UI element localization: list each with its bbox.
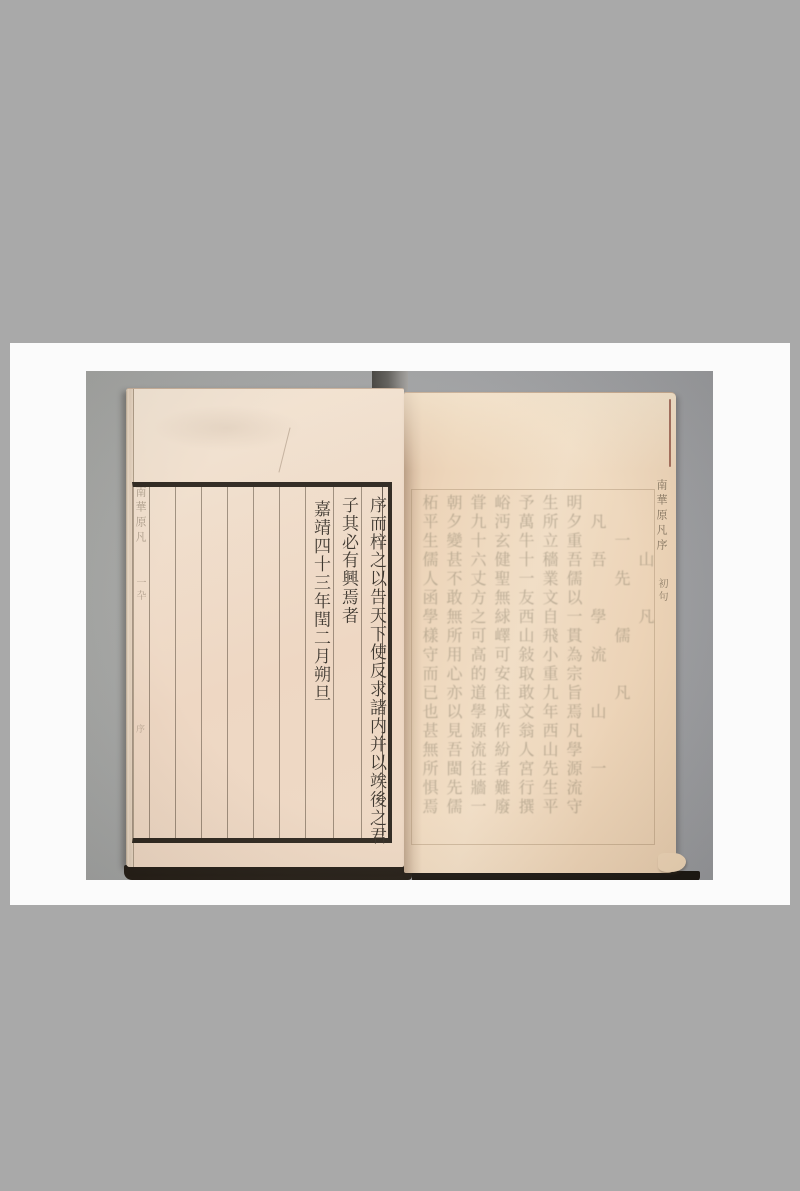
column-rule: [279, 487, 280, 838]
column-rule: [253, 487, 254, 838]
printed-text-frame: 序而梓之以告天下使反求諸内并以竢後之君 子其必有興焉者 嘉靖四十三年閏二月朔旦: [132, 482, 392, 843]
showthrough-column: 甞九十六丈方之可高的道學源流往牆一: [466, 494, 488, 817]
preface-column-1: 序而梓之以告天下使反求諸内并以竢後之君: [361, 496, 389, 846]
showthrough-column: 柘平生儒人函學樣守而已也甚無所惧焉: [418, 494, 440, 817]
showthrough-column: 峪沔玄健聖無絿嶧可安住成作紛者難廢: [490, 494, 512, 817]
showthrough-column: 明夕重吾儒以一貫為宗旨焉凡學源流守: [562, 494, 584, 817]
fore-edge-mark: 初句: [656, 578, 669, 604]
fore-edge-red-line: [669, 399, 671, 467]
column-rule: [201, 487, 202, 838]
page-corner-curl: [658, 853, 686, 872]
showthrough-column: 一 先 儒 凡: [610, 494, 632, 703]
paper-stain: [152, 405, 302, 451]
column-rule: [175, 487, 176, 838]
left-page: 南華原凡 一卆 序 序而梓之以告天下使反求諸内并以竢後之君 子其必有興焉者 嘉靖…: [126, 388, 404, 867]
book-photograph: 南華原凡 一卆 序 序而梓之以告天下使反求諸内并以竢後之君 子其必有興焉者 嘉靖…: [86, 371, 713, 880]
book-bottom-shadow-left: [124, 865, 412, 880]
preface-column-2: 子其必有興焉者: [333, 496, 361, 625]
paper-sheen: [404, 393, 676, 471]
showthrough-column: 朝夕變甚不敢無所用心亦以見吾閩先儒: [442, 494, 464, 817]
showthrough-column: 予萬牛十一友西山敍取敢文翁人宮行撰: [514, 494, 536, 817]
column-rule: [227, 487, 228, 838]
showthrough-column: 凡 吾 學 流 山 一: [586, 494, 608, 779]
right-page: 柘平生儒人函學樣守而已也甚無所惧焉朝夕變甚不敢無所用心亦以見吾閩先儒甞九十六丈方…: [404, 392, 676, 873]
fore-edge-title: 南華原凡序: [655, 479, 669, 554]
white-mat: 南華原凡 一卆 序 序而梓之以告天下使反求諸内并以竢後之君 子其必有興焉者 嘉靖…: [10, 343, 790, 905]
showthrough-frame: 柘平生儒人函學樣守而已也甚無所惧焉朝夕變甚不敢無所用心亦以見吾閩先儒甞九十六丈方…: [411, 489, 655, 845]
column-rule: [149, 487, 150, 838]
showthrough-column: 生所立穡業文自飛小重九年西山先生平: [538, 494, 560, 817]
preface-date-column: 嘉靖四十三年閏二月朔旦: [305, 500, 333, 702]
